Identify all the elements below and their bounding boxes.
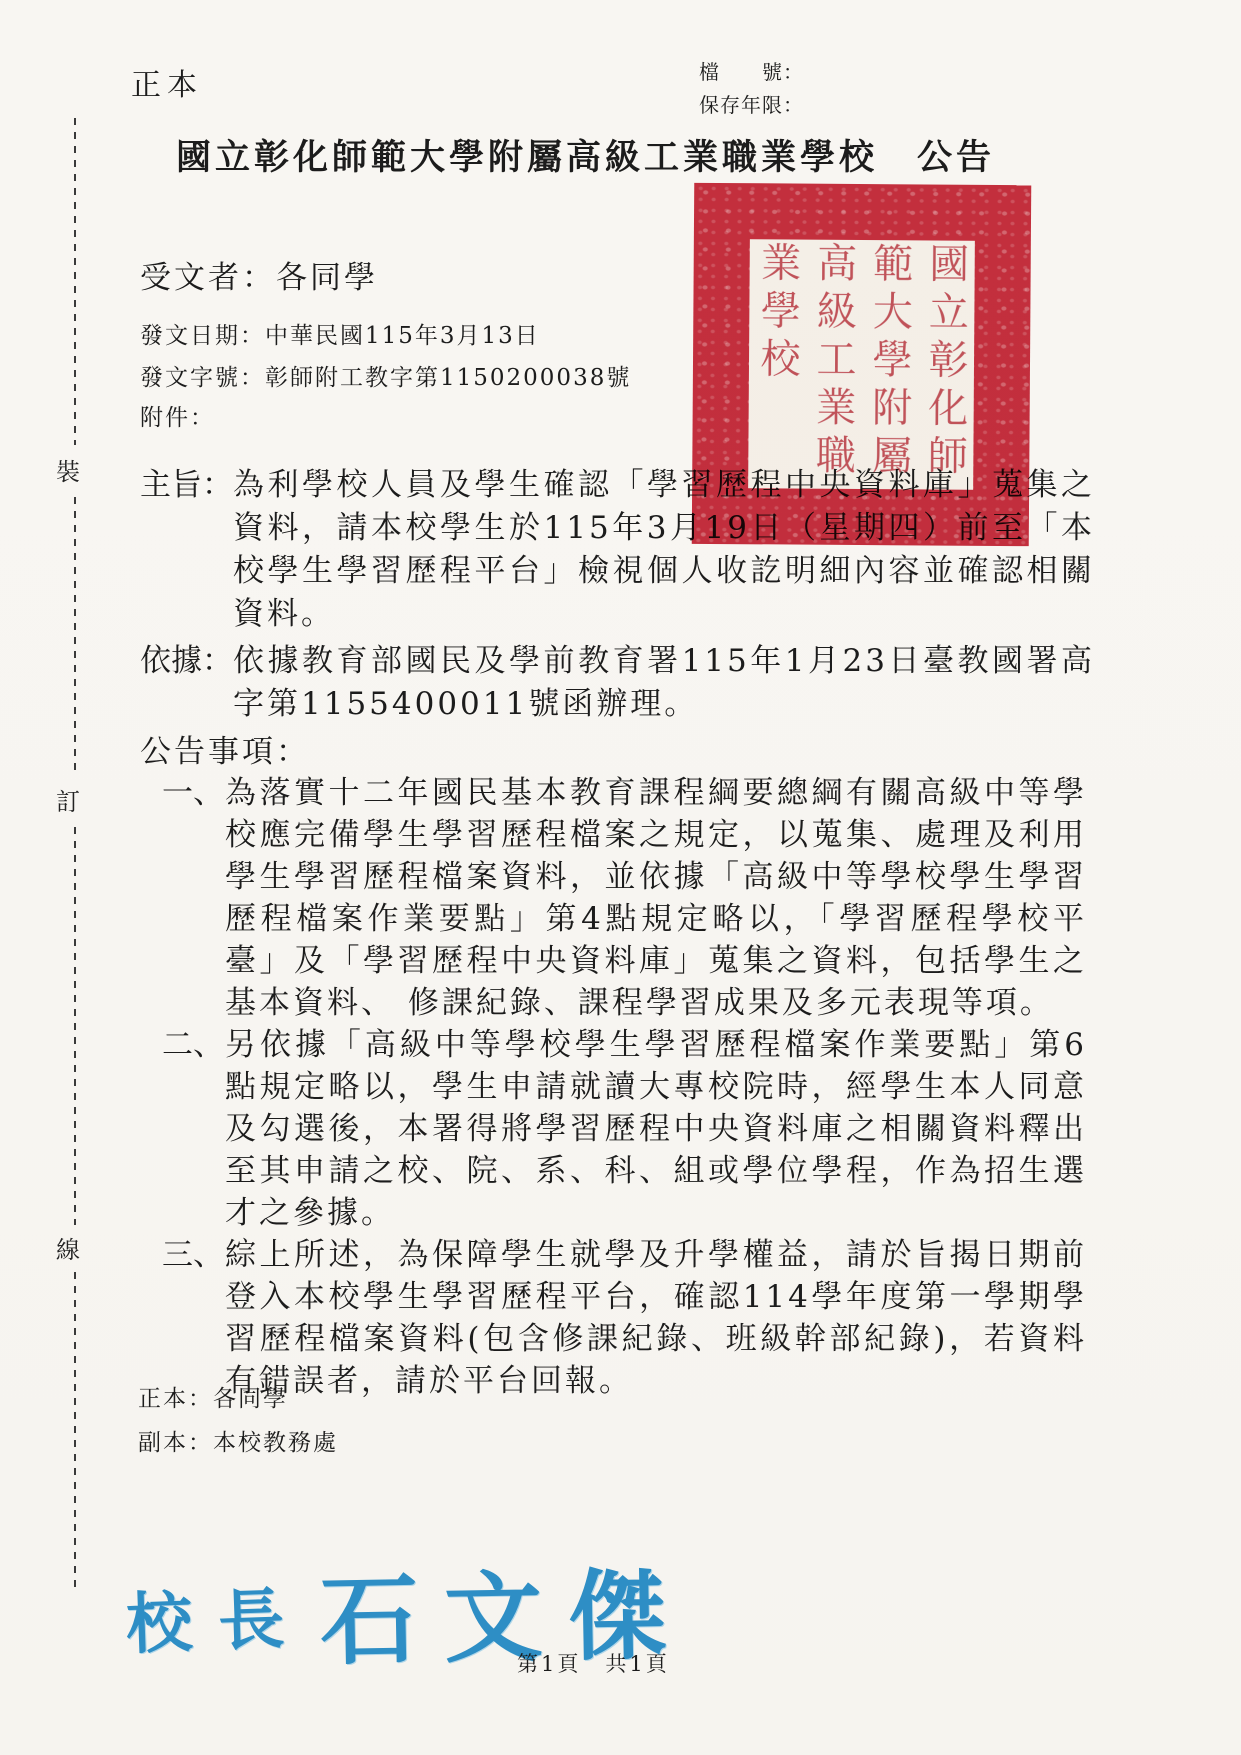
binding-margin-label-ding: 訂 <box>56 782 80 817</box>
doc-number-label: 發文字號： <box>140 365 265 391</box>
attachment-label: 附件： <box>140 405 215 431</box>
basis-label: 依據： <box>140 640 233 683</box>
item-text: 為落實十二年國民基本教育課程綱要總綱有關高級中等學校應完備學生學習歷程檔案之規定… <box>225 772 1087 1024</box>
attachment-row: 附件： <box>140 399 215 432</box>
original-copy-row: 正本：各同學 <box>138 1380 288 1413</box>
binding-margin-line <box>74 1272 76 1592</box>
item-number: 一、 <box>162 772 225 814</box>
issue-date-label: 發文日期： <box>140 323 265 349</box>
item-number: 三、 <box>162 1234 225 1276</box>
subject-label: 主旨： <box>140 464 233 507</box>
original-copy-label: 正本： <box>138 1386 213 1412</box>
item-text: 綜上所述，為保障學生就學及升學權益，請於旨揭日期前登入本校學生學習歷程平台，確認… <box>225 1234 1087 1402</box>
binding-margin-line <box>74 118 76 445</box>
archive-labels: 檔 號： 保存年限： <box>699 56 804 122</box>
seal-text-column: 高級工業職 <box>804 242 862 482</box>
recipient-value: 各同學 <box>276 260 378 296</box>
doc-number-row: 發文字號：彰師附工教字第1150200038號 <box>140 359 631 392</box>
announcement-item-3: 三、 綜上所述，為保障學生就學及升學權益，請於旨揭日期前登入本校學生學習歷程平台… <box>162 1234 1092 1402</box>
file-number-label: 檔 號： <box>699 56 804 89</box>
item-number: 二、 <box>162 1024 225 1066</box>
binding-margin-label-zhuang: 裝 <box>56 452 80 487</box>
carbon-copy-value: 本校教務處 <box>213 1430 338 1456</box>
binding-margin-label-xian: 線 <box>56 1230 80 1265</box>
doc-number-value: 彰師附工教字第1150200038號 <box>265 365 631 391</box>
carbon-copy-label: 副本： <box>138 1430 213 1456</box>
recipient-label: 受文者： <box>140 260 276 296</box>
seal-text-column: 國立彰化師 <box>916 242 974 482</box>
issue-date-value: 中華民國115年3月13日 <box>265 323 540 349</box>
basis-text: 依據教育部國民及學前教育署115年1月23日臺教國署高字第1155400011號… <box>233 640 1095 726</box>
original-copy-value: 各同學 <box>213 1386 288 1412</box>
signature-principal-title: 校長 <box>124 1565 311 1666</box>
page-footer: 第1頁 共1頁 <box>517 1648 670 1678</box>
document-title: 國立彰化師範大學附屬高級工業職業學校 公告 <box>176 130 995 180</box>
seal-text-column: 範大學附屬 <box>860 242 918 482</box>
announcement-item-1: 一、 為落實十二年國民基本教育課程綱要總綱有關高級中等學校應完備學生學習歷程檔案… <box>162 772 1092 1024</box>
binding-margin-line <box>74 827 76 1225</box>
item-text: 另依據「高級中等學校學生學習歷程檔案作業要點」第6點規定略以，學生申請就讀大專校… <box>225 1024 1087 1234</box>
announcement-document: 正本 檔 號： 保存年限： 國立彰化師範大學附屬高級工業職業學校 公告 裝 訂 … <box>0 0 1241 1755</box>
official-school-seal: 國立彰化師範大學附屬高級工業職業學校 <box>692 183 1032 546</box>
issue-date-row: 發文日期：中華民國115年3月13日 <box>140 317 540 350</box>
carbon-copy-row: 副本：本校教務處 <box>138 1424 338 1457</box>
recipient-row: 受文者：各同學 <box>140 252 378 297</box>
seal-text-column: 業學校 <box>749 241 806 385</box>
announcement-item-2: 二、 另依據「高級中等學校學生學習歷程檔案作業要點」第6點規定略以，學生申請就讀… <box>162 1024 1092 1234</box>
items-header: 公告事項： <box>140 726 310 771</box>
binding-margin-line <box>74 497 76 775</box>
seal-script-text: 國立彰化師範大學附屬高級工業職業學校 <box>748 239 975 490</box>
basis-block: 依據： 依據教育部國民及學前教育署115年1月23日臺教國署高字第1155400… <box>140 640 1092 726</box>
retention-period-label: 保存年限： <box>699 89 804 122</box>
copy-type-label: 正本 <box>131 60 203 104</box>
